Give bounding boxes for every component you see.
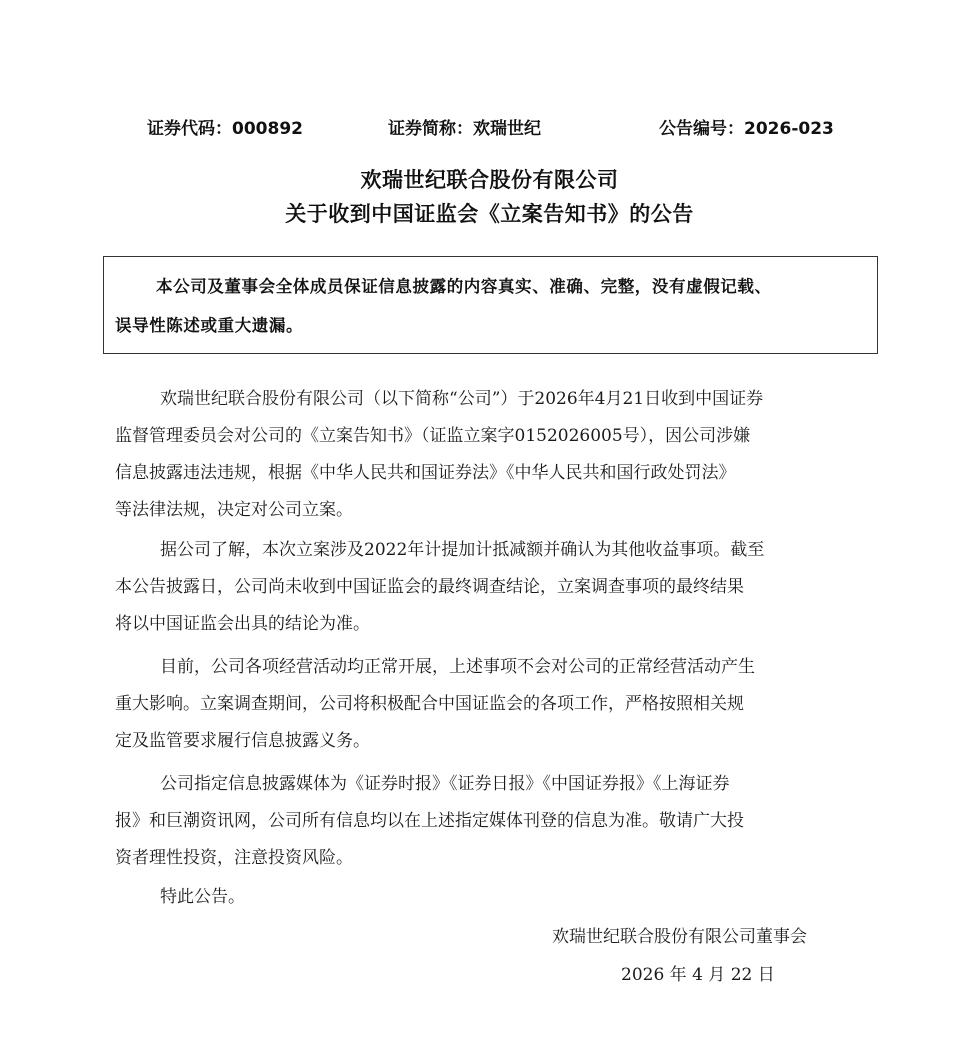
body-line: 重大影响。立案调查期间，公司将积极配合中国证监会的各项工作，严格按照相关规 [115,689,744,714]
document-header: 证券代码：000892 证券简称：欢瑞世纪 公告编号：2026-023 [0,114,979,142]
announcement-number: 公告编号：2026-023 [659,114,834,139]
body-line: 报》和巨潮资讯网，公司所有信息均以在上述指定媒体刊登的信息为准。敬请广大投 [115,806,744,831]
disclaimer-line: 本公司及董事会全体成员保证信息披露的内容真实、准确、完整，没有虚假记载、 [156,273,772,297]
body-line: 等法律法规，决定对公司立案。 [115,495,353,520]
body-line: 资者理性投资，注意投资风险。 [115,843,353,868]
stock-short-name: 证券简称：欢瑞世纪 [388,114,541,139]
body-line: 公司指定信息披露媒体为《证券时报》《证券日报》《中国证券报》《上海证券 [160,769,730,794]
announcement-title: 关于收到中国证监会《立案告知书》的公告 [0,198,979,228]
stock-code: 证券代码：000892 [147,114,303,139]
disclaimer-box: 本公司及董事会全体成员保证信息披露的内容真实、准确、完整，没有虚假记载、 误导性… [103,256,878,354]
body-line: 定及监管要求履行信息披露义务。 [115,726,370,751]
body-line: 本公告披露日，公司尚未收到中国证监会的最终调查结论，立案调查事项的最终结果 [115,572,744,597]
body-line: 监督管理委员会对公司的《立案告知书》（证监立案字0152026005号），因公司… [115,421,750,446]
body-line: 欢瑞世纪联合股份有限公司（以下简称“公司”）于2026年4月21日收到中国证券 [160,384,763,409]
body-line: 信息披露违法违规，根据《中华人民共和国证券法》《中华人民共和国行政处罚法》 [115,458,736,483]
body-line: 将以中国证监会出具的结论为准。 [115,609,370,634]
body-line: 目前，公司各项经营活动均正常开展，上述事项不会对公司的正常经营活动产生 [160,652,755,677]
signature-date: 2026 年 4 月 22 日 [621,960,775,985]
disclaimer-line: 误导性陈述或重大遗漏。 [115,312,303,336]
body-line: 特此公告。 [160,882,245,907]
signature-company: 欢瑞世纪联合股份有限公司董事会 [552,922,807,947]
body-line: 据公司了解，本次立案涉及2022年计提加计抵减额并确认为其他收益事项。截至 [160,535,764,560]
company-title: 欢瑞世纪联合股份有限公司 [0,164,979,194]
